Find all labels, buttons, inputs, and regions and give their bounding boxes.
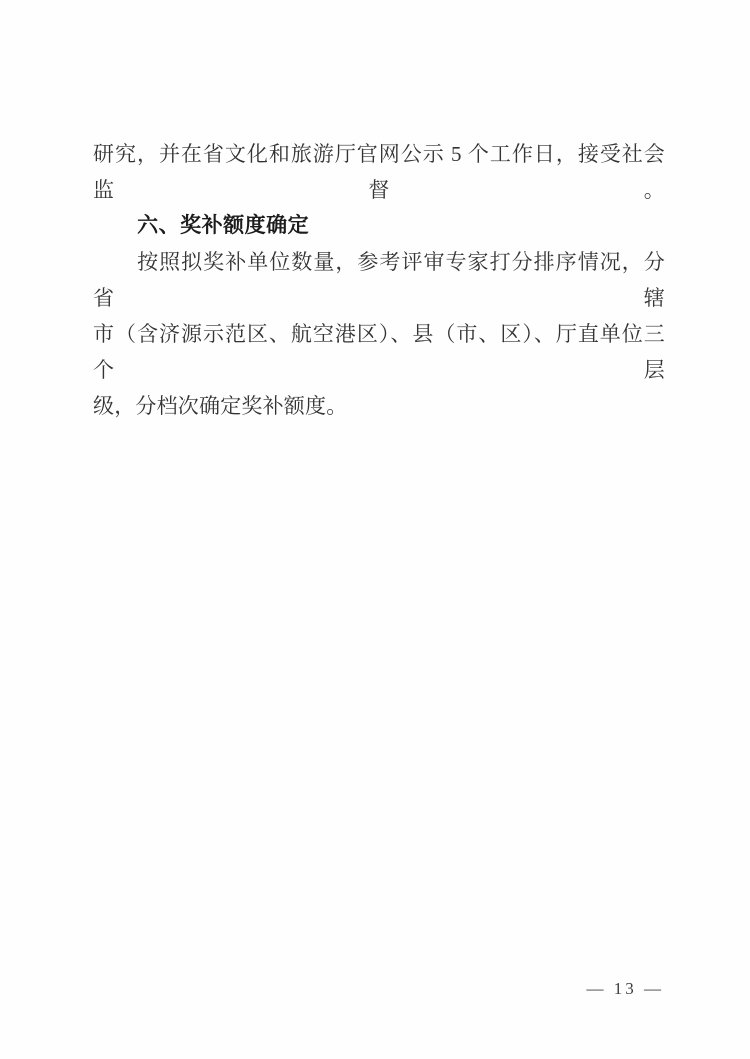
text-block: 研究，并在省文化和旅游厅官网公示 5 个工作日，接受社会监督。 六、奖补额度确定… (93, 136, 665, 424)
document-page: 研究，并在省文化和旅游厅官网公示 5 个工作日，接受社会监督。 六、奖补额度确定… (0, 0, 750, 1059)
paragraph-line: 级，分档次确定奖补额度。 (93, 388, 665, 424)
page-number: — 13 — (587, 978, 665, 1000)
paragraph-continuation-line: 研究，并在省文化和旅游厅官网公示 5 个工作日，接受社会监督。 (93, 136, 665, 208)
paragraph-line: 按照拟奖补单位数量，参考评审专家打分排序情况，分省辖 (93, 244, 665, 316)
section-heading: 六、奖补额度确定 (93, 208, 665, 244)
paragraph-line: 市（含济源示范区、航空港区）、县（市、区）、厅直单位三个层 (93, 316, 665, 388)
